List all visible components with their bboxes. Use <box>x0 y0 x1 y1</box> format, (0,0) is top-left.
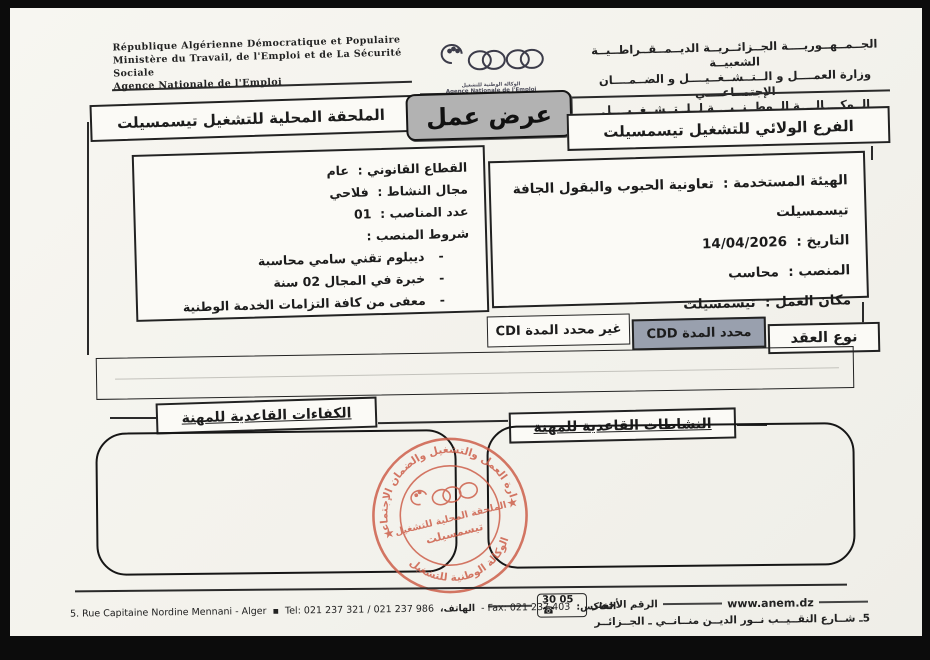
activity-label: مجال النشاط : <box>377 182 468 200</box>
activity-value: فلاحي <box>329 184 369 200</box>
phone-label-arabic: الهاتف، <box>440 603 475 614</box>
legal-sector-label: القطاع القانوني : <box>357 160 467 178</box>
connector-right-mid <box>862 302 864 324</box>
employer-info-box: الهيئة المستخدمة : تعاونية الحبوب والبقو… <box>488 151 869 308</box>
position-value: محاسب <box>728 264 779 281</box>
positions-count-label: عدد المناصب : <box>380 204 469 221</box>
connector-right-top <box>871 146 873 160</box>
phone-numbers: Tel: 021 237 321 / 021 237 986 <box>285 604 434 617</box>
contract-cdi-label: غير محدد المدة CDI <box>495 322 621 340</box>
competencies-header-label: الكفاءات القاعدية للمهنة <box>181 405 351 426</box>
position-label: المنصب : <box>788 262 850 280</box>
section-connector-a <box>110 417 156 419</box>
job-offer-title-text: عرض عمل <box>426 100 553 132</box>
wilaya-branch-bar: الفرع الولائي للتشغيل تيسمسيلت <box>567 106 891 151</box>
workplace-label: مكان العمل : <box>765 292 851 310</box>
positions-count-value: 01 <box>354 206 372 221</box>
date-value: 14/04/2026 <box>702 234 787 252</box>
contract-cdd-label: محدد المدة CDD <box>646 325 751 342</box>
employer-label: الهيئة المستخدمة : <box>723 172 848 191</box>
fax-label-arabic: الفاكس: <box>576 601 616 613</box>
connector-left-vertical <box>87 122 89 355</box>
date-label: التاريخ : <box>796 232 849 249</box>
contract-cdi-box: غير محدد المدة CDI <box>487 314 631 348</box>
anem-logo-icon <box>435 39 546 80</box>
fax-number: - Fax: 021 237 403 <box>481 602 570 614</box>
footer-bullet: ▪ <box>272 606 279 617</box>
wilaya-branch-label: الفرع الولائي للتشغيل تيسمسيلت <box>603 116 854 140</box>
local-annex-label: الملحقة المحلية للتشغيل تيسمسيلت <box>117 105 385 131</box>
contract-cdd-box: محدد المدة CDD <box>632 317 767 351</box>
job-offer-title: عرض عمل <box>405 90 572 142</box>
stamp-center-logo <box>410 477 479 512</box>
ruled-line <box>115 367 839 379</box>
anem-logo-block: الوكالة الوطنية للتشغيل Agence Nationale… <box>427 38 553 95</box>
contract-type-label: نوع العقد <box>790 329 857 346</box>
scanned-document: République Algérienne Démocratique et Po… <box>0 0 930 660</box>
workplace-value: تيسمسيلت <box>683 295 756 313</box>
job-details-box: القطاع القانوني : عام مجال النشاط : فلاح… <box>132 145 490 322</box>
legal-sector-value: عام <box>326 163 349 179</box>
employer-row: الهيئة المستخدمة : تعاونية الحبوب والبقو… <box>498 165 849 235</box>
